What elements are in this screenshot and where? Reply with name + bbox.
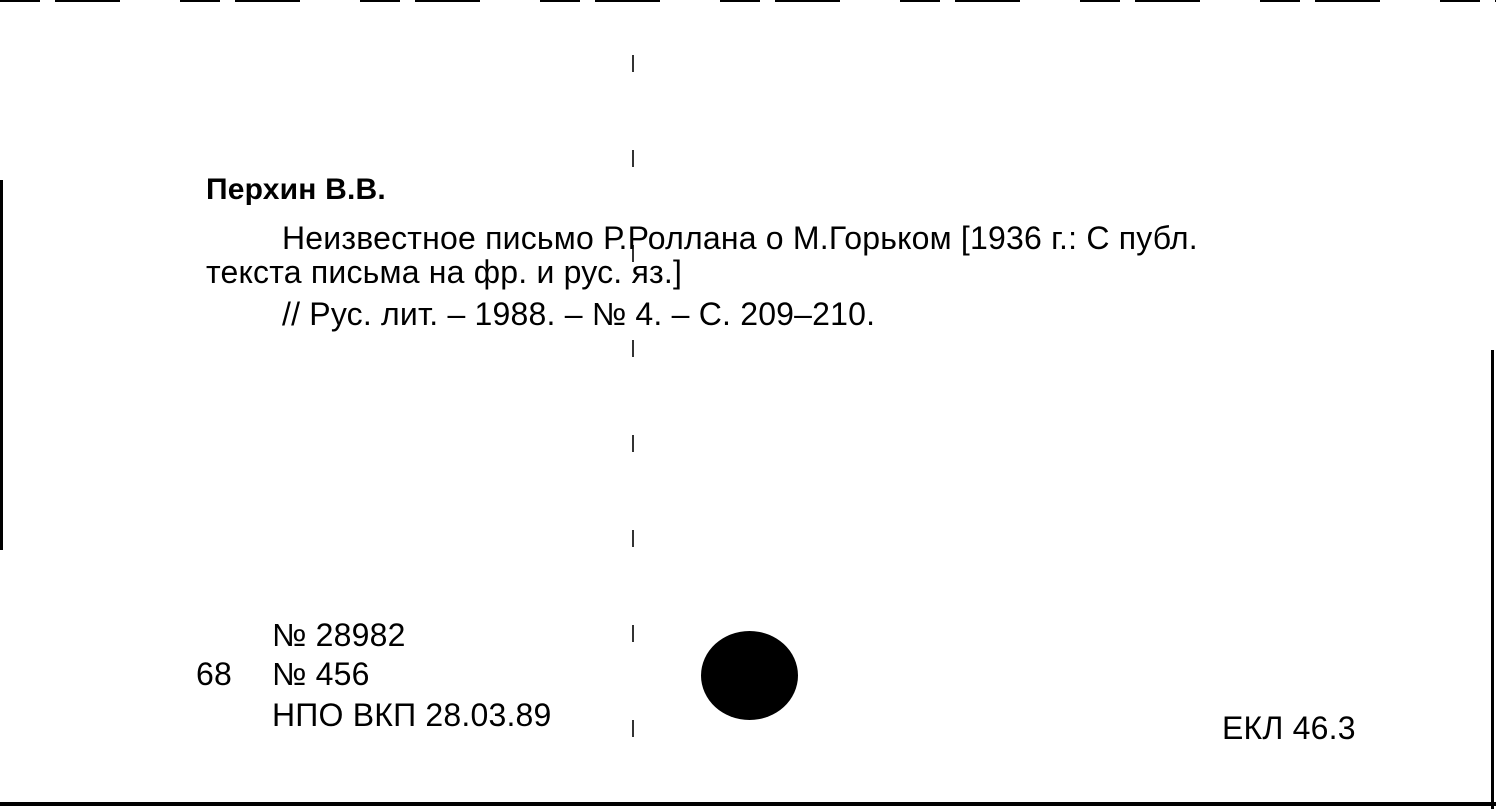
- second-number: № 456: [272, 656, 370, 692]
- processing-stamp: НПО ВКП 28.03.89: [272, 697, 552, 733]
- title-line-1: Неизвестное письмо Р.Роллана о М.Горьком…: [282, 220, 1198, 256]
- scan-edge-right: [1491, 350, 1494, 809]
- title-line-2: текста письма на фр. и рус. яз.]: [206, 254, 682, 290]
- shelf-mark: 68: [196, 656, 232, 692]
- accession-number: № 28982: [272, 617, 406, 653]
- punch-hole-icon: [701, 631, 798, 720]
- fold-line: [632, 0, 634, 809]
- catalog-card: Перхин В.В. Неизвестное письмо Р.Роллана…: [0, 0, 1496, 809]
- scan-edge-bottom: [0, 802, 1496, 806]
- source-citation: // Рус. лит. – 1988. – № 4. – С. 209–210…: [282, 296, 875, 332]
- scan-edge-top: [0, 0, 1496, 2]
- scan-edge-left: [0, 180, 3, 550]
- author-name: Перхин В.В.: [206, 172, 386, 208]
- classification-code: ЕКЛ 46.3: [1222, 710, 1356, 746]
